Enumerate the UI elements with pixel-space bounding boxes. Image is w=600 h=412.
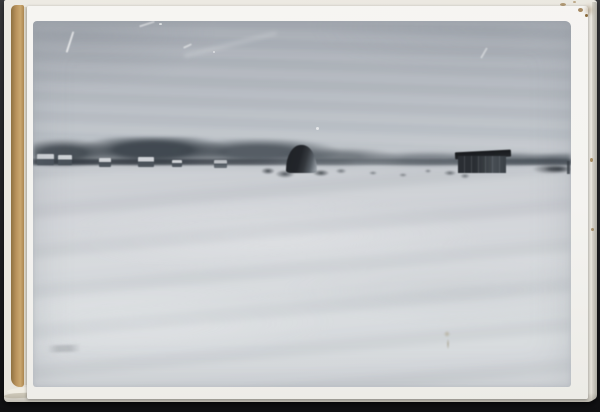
foxing-speck [578, 8, 583, 12]
foxing-speck [560, 3, 566, 6]
photo-print [27, 6, 588, 399]
album-page-edge-tan [11, 5, 24, 387]
print-vignette [33, 21, 571, 387]
album-page-right-edge [592, 2, 597, 400]
foxing-speck [585, 14, 588, 17]
photo-image [33, 21, 571, 387]
foxing-speck [590, 158, 593, 162]
foxing-speck [591, 228, 594, 231]
album-spread [0, 0, 600, 412]
foxing-speck [573, 1, 576, 3]
